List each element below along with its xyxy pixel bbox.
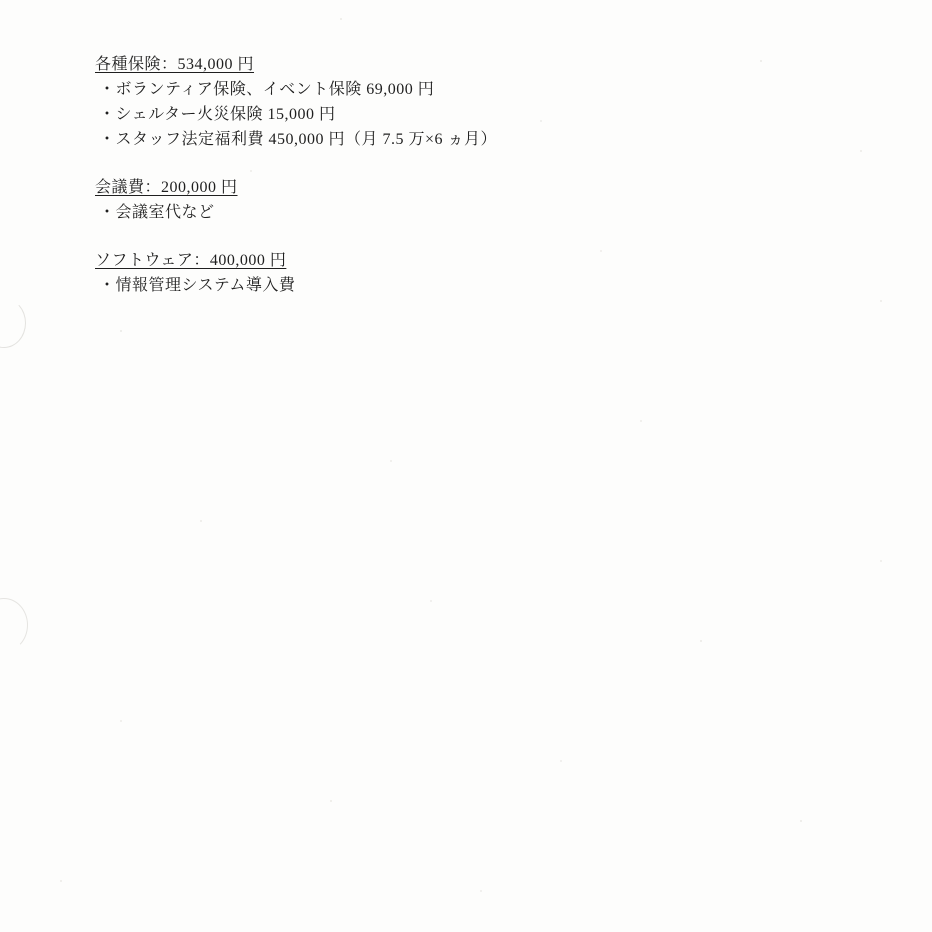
scanned-document-page: 各種保険：534,000 円 ・ボランティア保険、イベント保険 69,000 円… (0, 0, 932, 932)
list-item: ・会議室代など (95, 200, 855, 225)
document-text-block: 各種保険：534,000 円 ・ボランティア保険、イベント保険 69,000 円… (95, 52, 855, 321)
scan-noise (0, 0, 2, 2)
section-heading: 各種保険：534,000 円 (95, 52, 855, 77)
section-heading: 会議費：200,000 円 (95, 175, 855, 200)
section-software: ソフトウェア：400,000 円 ・情報管理システム導入費 (95, 248, 855, 298)
list-item: ・スタッフ法定福利費 450,000 円（月 7.5 万×6 ヵ月） (95, 127, 855, 152)
section-meeting-expenses: 会議費：200,000 円 ・会議室代など (95, 175, 855, 225)
scan-artifact (0, 298, 26, 348)
list-item: ・シェルター火災保険 15,000 円 (95, 102, 855, 127)
section-insurance: 各種保険：534,000 円 ・ボランティア保険、イベント保険 69,000 円… (95, 52, 855, 152)
scan-artifact (0, 598, 28, 652)
section-heading: ソフトウェア：400,000 円 (95, 248, 855, 273)
list-item: ・ボランティア保険、イベント保険 69,000 円 (95, 77, 855, 102)
list-item: ・情報管理システム導入費 (95, 273, 855, 298)
